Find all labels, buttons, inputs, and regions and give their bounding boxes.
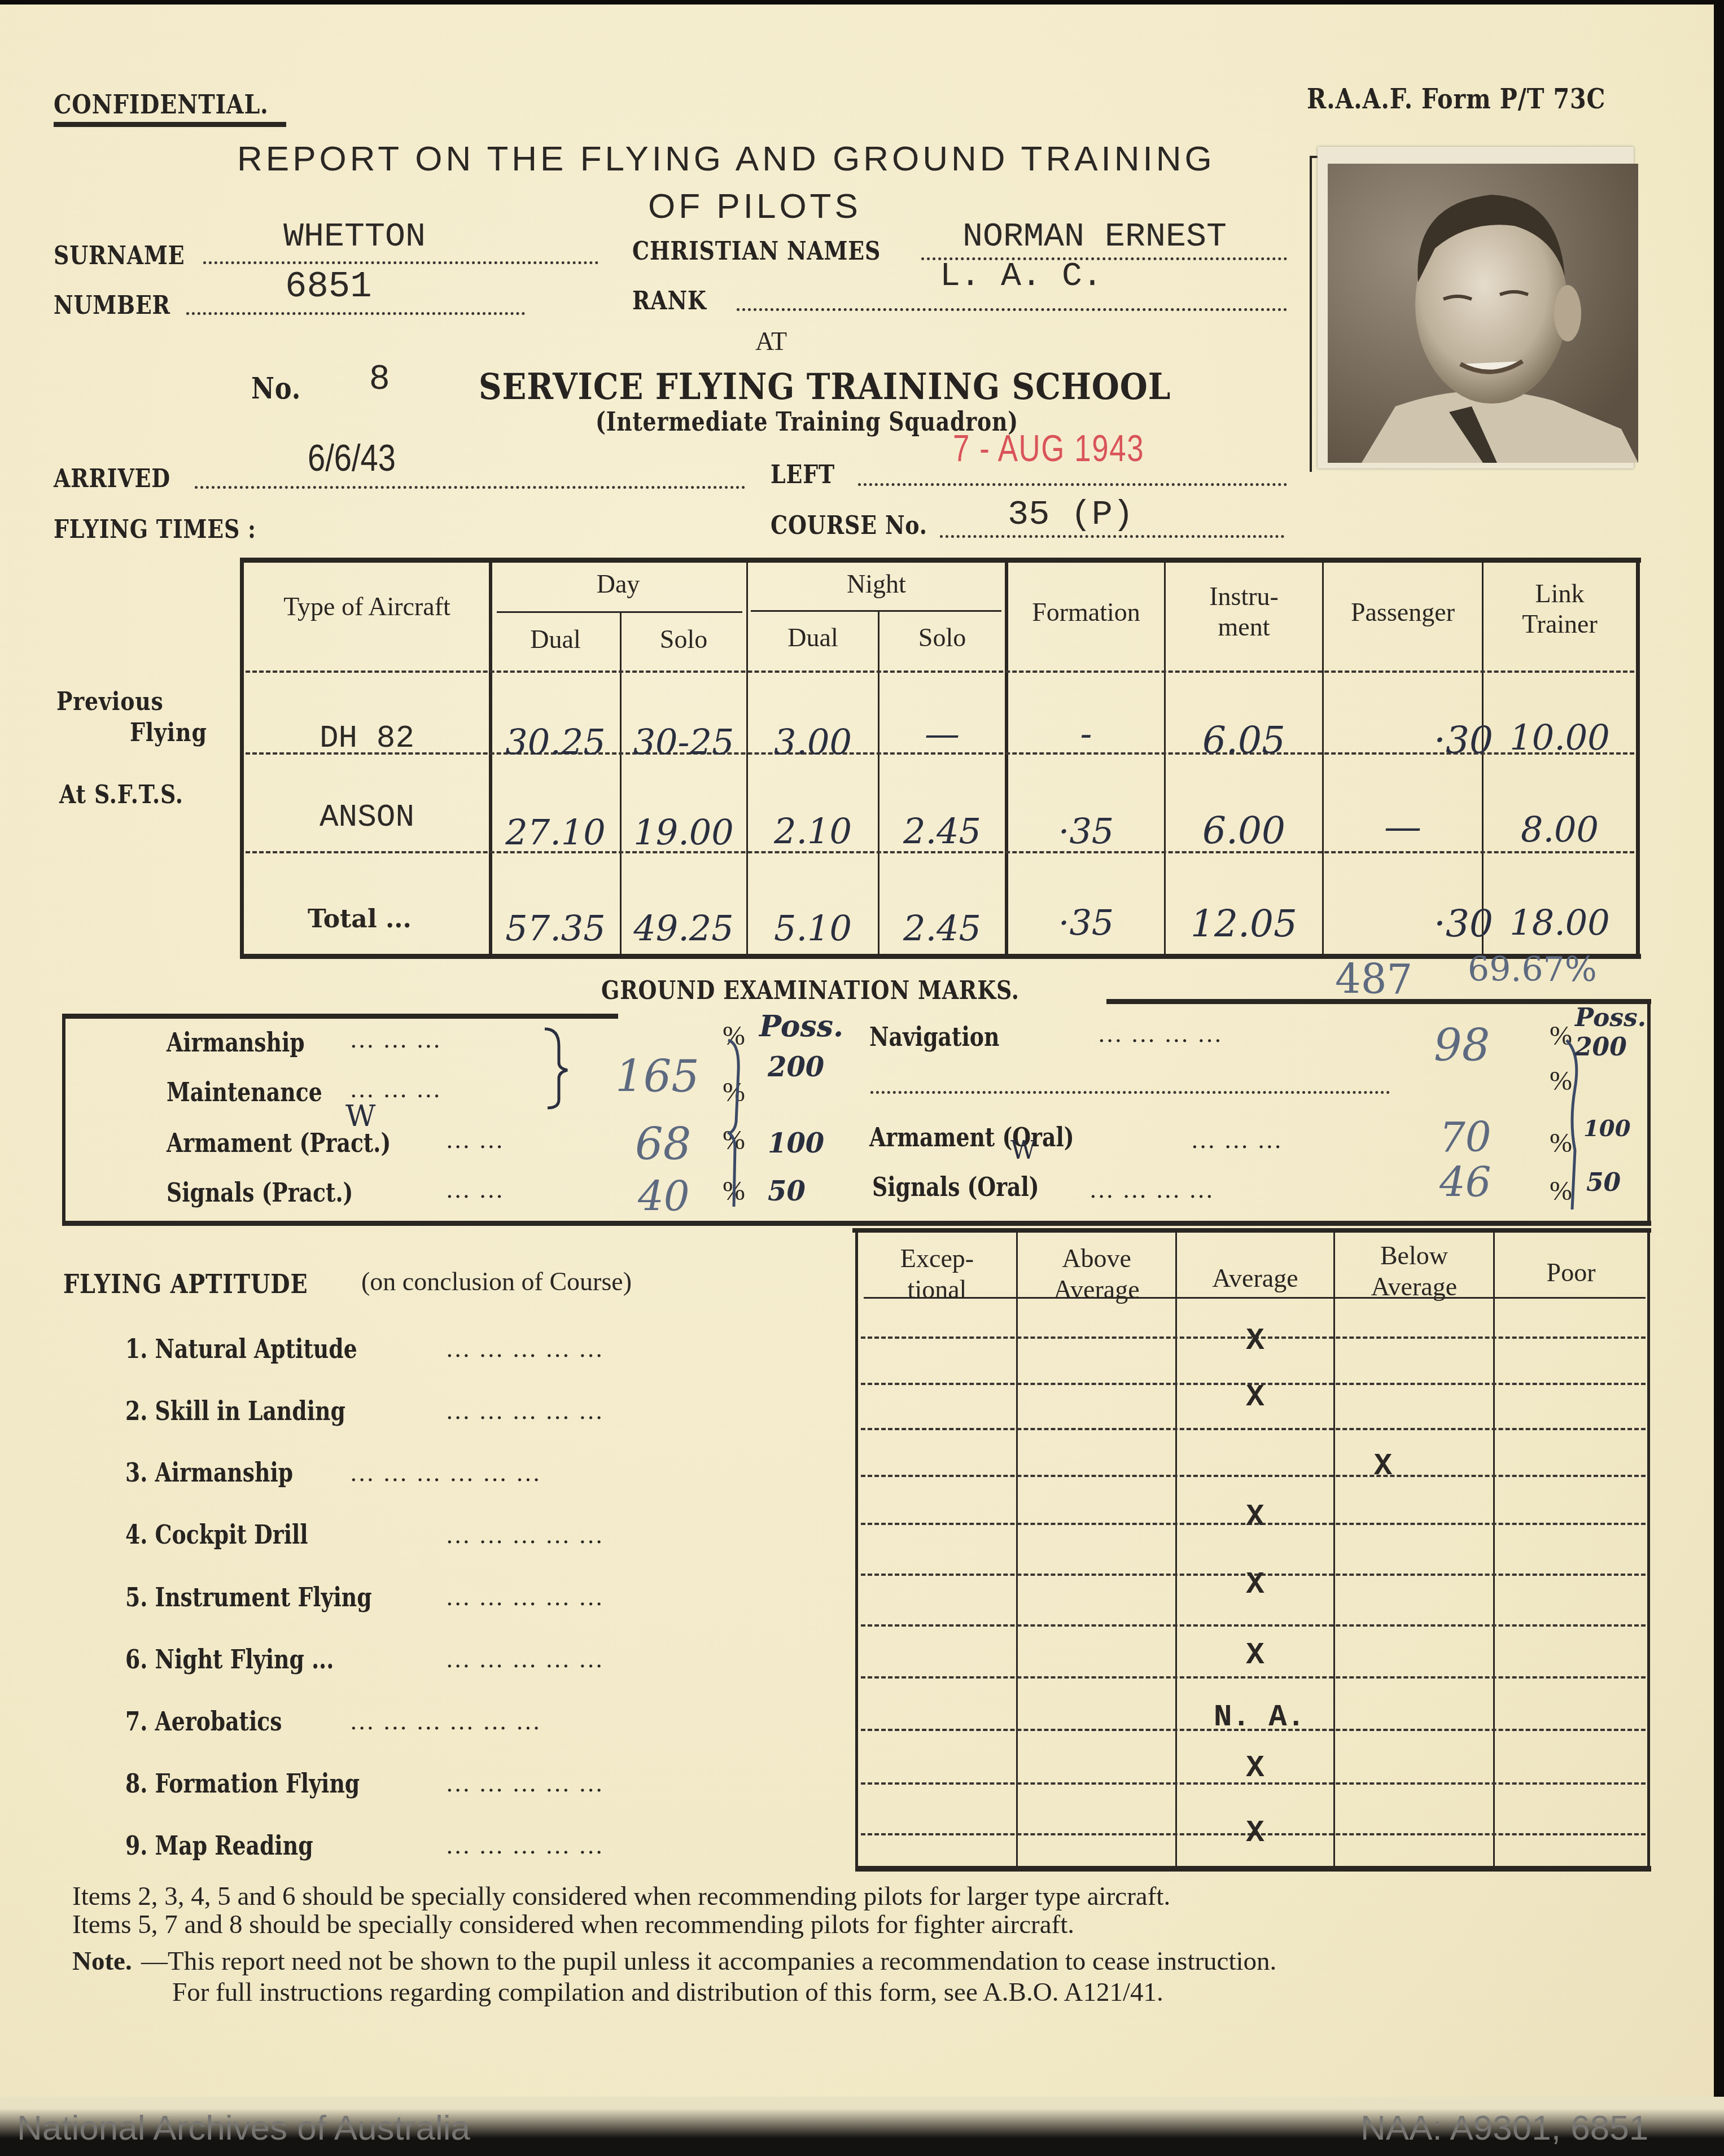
aptitude-item-label: 2. Skill in Landing [125, 1396, 345, 1426]
aptitude-subtitle: (on conclusion of Course) [361, 1267, 632, 1296]
portrait-icon [1328, 164, 1638, 463]
left-line [858, 483, 1287, 486]
brace-icon [723, 1037, 756, 1212]
christian-names-value[interactable]: NORMAN ERNEST [962, 218, 1227, 256]
rating-mark-average[interactable]: X [1177, 1816, 1333, 1851]
rating-mark-average[interactable]: X [1177, 1381, 1333, 1415]
leader-dots: ... ... ... ... ... [446, 1336, 604, 1362]
subject-maintenance: Maintenance [167, 1077, 322, 1107]
header-passenger: Passenger [1324, 597, 1482, 628]
aircraft-type: DH 82 [246, 720, 488, 756]
aptitude-item-label: 4. Cockpit Drill [125, 1519, 308, 1550]
left-date-stamp[interactable]: 7 - AUG 1943 [953, 427, 1144, 470]
form-number: R.A.A.F. Form P/T 73C [1307, 84, 1605, 115]
possible-signals: 50 [768, 1176, 806, 1207]
table-top-border [240, 558, 1641, 563]
instrument[interactable]: 6.05 [1166, 718, 1322, 762]
leader-dots: ... ... ... ... ... ... [350, 1709, 541, 1735]
note-text: —This report need not be shown to the pu… [141, 1946, 1276, 1977]
aptitude-item-label: 7. Aerobatics [125, 1706, 282, 1737]
link-trainer[interactable]: 8.00 [1484, 809, 1636, 850]
leader-dots: ... ... ... ... ... [446, 1399, 604, 1425]
header-day-solo: Solo [621, 624, 746, 655]
col-divider [878, 611, 879, 954]
night-dual[interactable]: 3.00 [748, 721, 878, 763]
photo-frame-left [1310, 156, 1312, 472]
night-subheader-rule [751, 610, 1001, 612]
course-line [940, 535, 1284, 538]
mark-navigation[interactable]: 98 [1434, 1020, 1490, 1071]
arrived-value[interactable]: 6/6/43 [308, 436, 396, 479]
header-link-1: Link [1484, 579, 1636, 609]
leader-dots: ... ... [446, 1128, 504, 1154]
night-dual[interactable]: 5.10 [748, 908, 878, 949]
confidential-underline [54, 122, 286, 127]
instrument[interactable]: 6.00 [1166, 809, 1322, 852]
leader-dots: ... ... ... ... [1098, 1022, 1223, 1048]
col-exceptional-1: Excep- [858, 1243, 1016, 1274]
flying-times-label: FLYING TIMES : [54, 515, 256, 544]
day-dual[interactable]: 27.10 [491, 812, 620, 853]
left-label: LEFT [771, 461, 835, 489]
col-below-1: Below [1335, 1241, 1493, 1271]
rating-mark-below-average[interactable]: X [1335, 1449, 1431, 1484]
aptitude-item-label: 5. Instrument Flying [125, 1582, 372, 1612]
instrument[interactable]: 12.05 [1166, 902, 1322, 945]
leader-dots: ... ... ... ... [1089, 1177, 1214, 1203]
possible-signals-oral: 50 [1586, 1168, 1621, 1197]
arrived-label: ARRIVED [54, 464, 170, 493]
table-left-border [240, 560, 244, 956]
at-sfts-label: At S.F.T.S. [59, 781, 183, 809]
possible-armament: 100 [768, 1128, 824, 1159]
day-solo[interactable]: 19.00 [621, 812, 746, 853]
passenger[interactable]: — [1324, 805, 1482, 848]
report-title-line1: REPORT ON THE FLYING AND GROUND TRAINING [237, 139, 1215, 179]
day-solo[interactable]: 30-25 [621, 721, 746, 763]
number-value[interactable]: 6851 [285, 267, 372, 308]
row-divider [861, 1624, 1646, 1627]
surname-value[interactable]: WHETTON [283, 218, 426, 256]
surname-line [203, 261, 598, 264]
brace-icon [1564, 1037, 1586, 1212]
aptitude-item-label: 9. Map Reading [125, 1830, 313, 1861]
col-divider [1333, 1232, 1335, 1867]
document-page: CONFIDENTIAL. R.A.A.F. Form P/T 73C REPO… [0, 5, 1714, 2144]
aptitude-item-label: 6. Night Flying ... [125, 1644, 334, 1675]
confidential-label: CONFIDENTIAL. [54, 89, 269, 120]
box-bottom [62, 1221, 1651, 1226]
rank-value[interactable]: L. A. C. [940, 257, 1102, 296]
col-poor: Poor [1495, 1257, 1647, 1288]
possible-label: Poss. [759, 1009, 843, 1044]
subject-navigation: Navigation [869, 1022, 999, 1052]
surname-label: SURNAME [54, 242, 185, 270]
note-instructions: For full instructions regarding compilat… [172, 1977, 1163, 2008]
mark-armament-oral[interactable]: 70 [1439, 1114, 1491, 1161]
formation[interactable]: - [1008, 713, 1164, 754]
row-divider [246, 671, 1634, 673]
box-right [1647, 1003, 1651, 1224]
blank-subject-line [870, 1091, 1390, 1094]
subject-airmanship: Airmanship [167, 1027, 305, 1058]
christian-names-label: CHRISTIAN NAMES [632, 237, 881, 266]
school-number[interactable]: 8 [370, 357, 389, 397]
header-night-dual: Dual [748, 623, 878, 653]
aptitude-top-border [852, 1228, 1651, 1233]
mark-signals-pract[interactable]: 40 [638, 1173, 690, 1220]
subject-signals-pract: Signals (Pract.) [167, 1177, 353, 1208]
rating-mark-average[interactable]: X [1177, 1500, 1333, 1535]
header-night-solo: Solo [879, 623, 1005, 653]
table-bottom-border [240, 954, 1641, 959]
passenger[interactable]: ·30 [1324, 718, 1493, 762]
formation[interactable]: ·35 [1008, 902, 1164, 943]
row-divider [861, 1676, 1646, 1679]
day-solo[interactable]: 49.25 [621, 908, 746, 949]
col-divider [1016, 1232, 1018, 1867]
aptitude-right-border [1647, 1228, 1650, 1869]
leader-dots: ... ... ... ... ... [446, 1771, 604, 1797]
course-value[interactable]: 35 (P) [1008, 494, 1134, 534]
header-instrument-1: Instru- [1166, 581, 1322, 612]
passenger[interactable]: ·30 [1324, 902, 1493, 945]
aptitude-left-border [855, 1230, 858, 1871]
number-line [186, 312, 525, 315]
col-divider [620, 611, 622, 954]
leader-dots: ... ... ... ... ... ... [350, 1461, 541, 1487]
aptitude-item-label: 3. Airmanship [125, 1457, 293, 1488]
box-top-left [62, 1014, 618, 1019]
rank-label: RANK [632, 287, 707, 315]
leader-dots: ... ... ... [1191, 1128, 1283, 1154]
possible-label: Poss. [1575, 1003, 1646, 1032]
note-fighter-aircraft: Items 5, 7 and 8 should be specially con… [72, 1909, 1074, 1940]
day-subheader-rule [497, 611, 742, 613]
col-divider [1493, 1232, 1495, 1867]
arrived-line [195, 486, 745, 489]
possible-armament-oral: 100 [1583, 1115, 1631, 1142]
header-formation: Formation [1008, 597, 1164, 628]
formation[interactable]: ·35 [1008, 810, 1164, 852]
school-name: SERVICE FLYING TRAINING SCHOOL [479, 366, 1171, 408]
header-day: Day [491, 569, 745, 599]
rating-mark-average[interactable]: X [1177, 1324, 1333, 1359]
brace-icon [542, 1026, 576, 1111]
aircraft-type: ANSON [246, 799, 488, 835]
night-solo[interactable]: 2.45 [879, 810, 1005, 852]
rank-line [737, 308, 1287, 311]
night-solo[interactable]: 2.45 [879, 908, 1005, 949]
header-instrument-2: ment [1166, 612, 1322, 642]
correction-mark: W [345, 1099, 375, 1133]
rating-mark-average[interactable]: X [1177, 1568, 1333, 1602]
col-exceptional-2: tional [858, 1274, 1016, 1305]
ground-exam-title: GROUND EXAMINATION MARKS. [601, 976, 1019, 1005]
watermark-archive: National Archives of Australia [17, 2108, 470, 2148]
note-label: Note. [72, 1946, 132, 1977]
ground-exam-total[interactable]: 487 [1335, 956, 1412, 1003]
box-left [62, 1015, 65, 1224]
col-average: Average [1177, 1263, 1333, 1294]
rating-mark-average[interactable]: X [1177, 1638, 1333, 1673]
watermark-reference: NAA: A9301, 6851 [1360, 2108, 1648, 2148]
day-dual[interactable]: 30.25 [491, 721, 620, 763]
ground-exam-percentage[interactable]: 69.67% [1468, 950, 1597, 989]
leader-dots: ... ... ... [350, 1027, 441, 1053]
note-larger-aircraft: Items 2, 3, 4, 5 and 6 should be special… [72, 1881, 1170, 1912]
row-divider [861, 1475, 1646, 1477]
aptitude-bottom-border [855, 1866, 1651, 1872]
total-label: Total ... [308, 905, 412, 934]
leader-dots: ... ... ... ... ... [446, 1585, 604, 1611]
aptitude-item-label: 8. Formation Flying [125, 1768, 360, 1799]
leader-dots: ... ... ... ... ... [446, 1833, 604, 1859]
leader-dots: ... ... ... ... ... [446, 1647, 604, 1673]
pilot-photo [1328, 164, 1638, 463]
mark-armament-pract[interactable]: 68 [635, 1119, 691, 1170]
subject-signals-oral: Signals (Oral) [872, 1172, 1039, 1202]
possible-combined: 200 [768, 1051, 824, 1083]
header-day-dual: Dual [491, 624, 620, 655]
header-night: Night [748, 569, 1005, 599]
leader-dots: ... ... ... ... ... [446, 1523, 604, 1549]
possible-navigation: 200 [1575, 1033, 1627, 1062]
table-right-border [1636, 558, 1640, 956]
col-above-2: Average [1018, 1274, 1175, 1305]
aptitude-title: FLYING APTITUDE [63, 1269, 308, 1299]
rating-mark-average[interactable]: X [1177, 1751, 1333, 1786]
day-dual[interactable]: 57.35 [491, 908, 620, 949]
subject-armament-oral: Armament (Oral) [869, 1122, 1074, 1153]
night-solo[interactable]: — [879, 713, 1005, 754]
previous-flying-label-1: Previous [56, 687, 164, 716]
leader-dots: ... ... [446, 1177, 504, 1203]
aptitude-item-label: 1. Natural Aptitude [125, 1334, 357, 1364]
report-title-line2: OF PILOTS [648, 186, 861, 226]
header-rule [864, 1297, 1646, 1299]
header-link-2: Trainer [1484, 609, 1636, 639]
header-type-of-aircraft: Type of Aircraft [246, 591, 488, 622]
previous-flying-label-2: Flying [130, 718, 207, 747]
number-label: NUMBER [54, 291, 170, 320]
course-label: COURSE No. [771, 511, 927, 540]
row-divider [861, 1428, 1646, 1430]
night-dual[interactable]: 2.10 [748, 810, 878, 852]
link-trainer[interactable]: 10.00 [1484, 717, 1636, 758]
rating-mark-average[interactable]: N. A. [1214, 1701, 1370, 1735]
at-label: AT [755, 326, 787, 356]
school-no-label: No. [251, 371, 301, 406]
col-above-1: Above [1018, 1243, 1175, 1274]
mark-signals-oral[interactable]: 46 [1439, 1159, 1491, 1206]
link-trainer[interactable]: 18.00 [1484, 902, 1636, 943]
mark-airmanship-maintenance[interactable]: 165 [615, 1051, 699, 1102]
correction-mark: W [1010, 1136, 1036, 1165]
